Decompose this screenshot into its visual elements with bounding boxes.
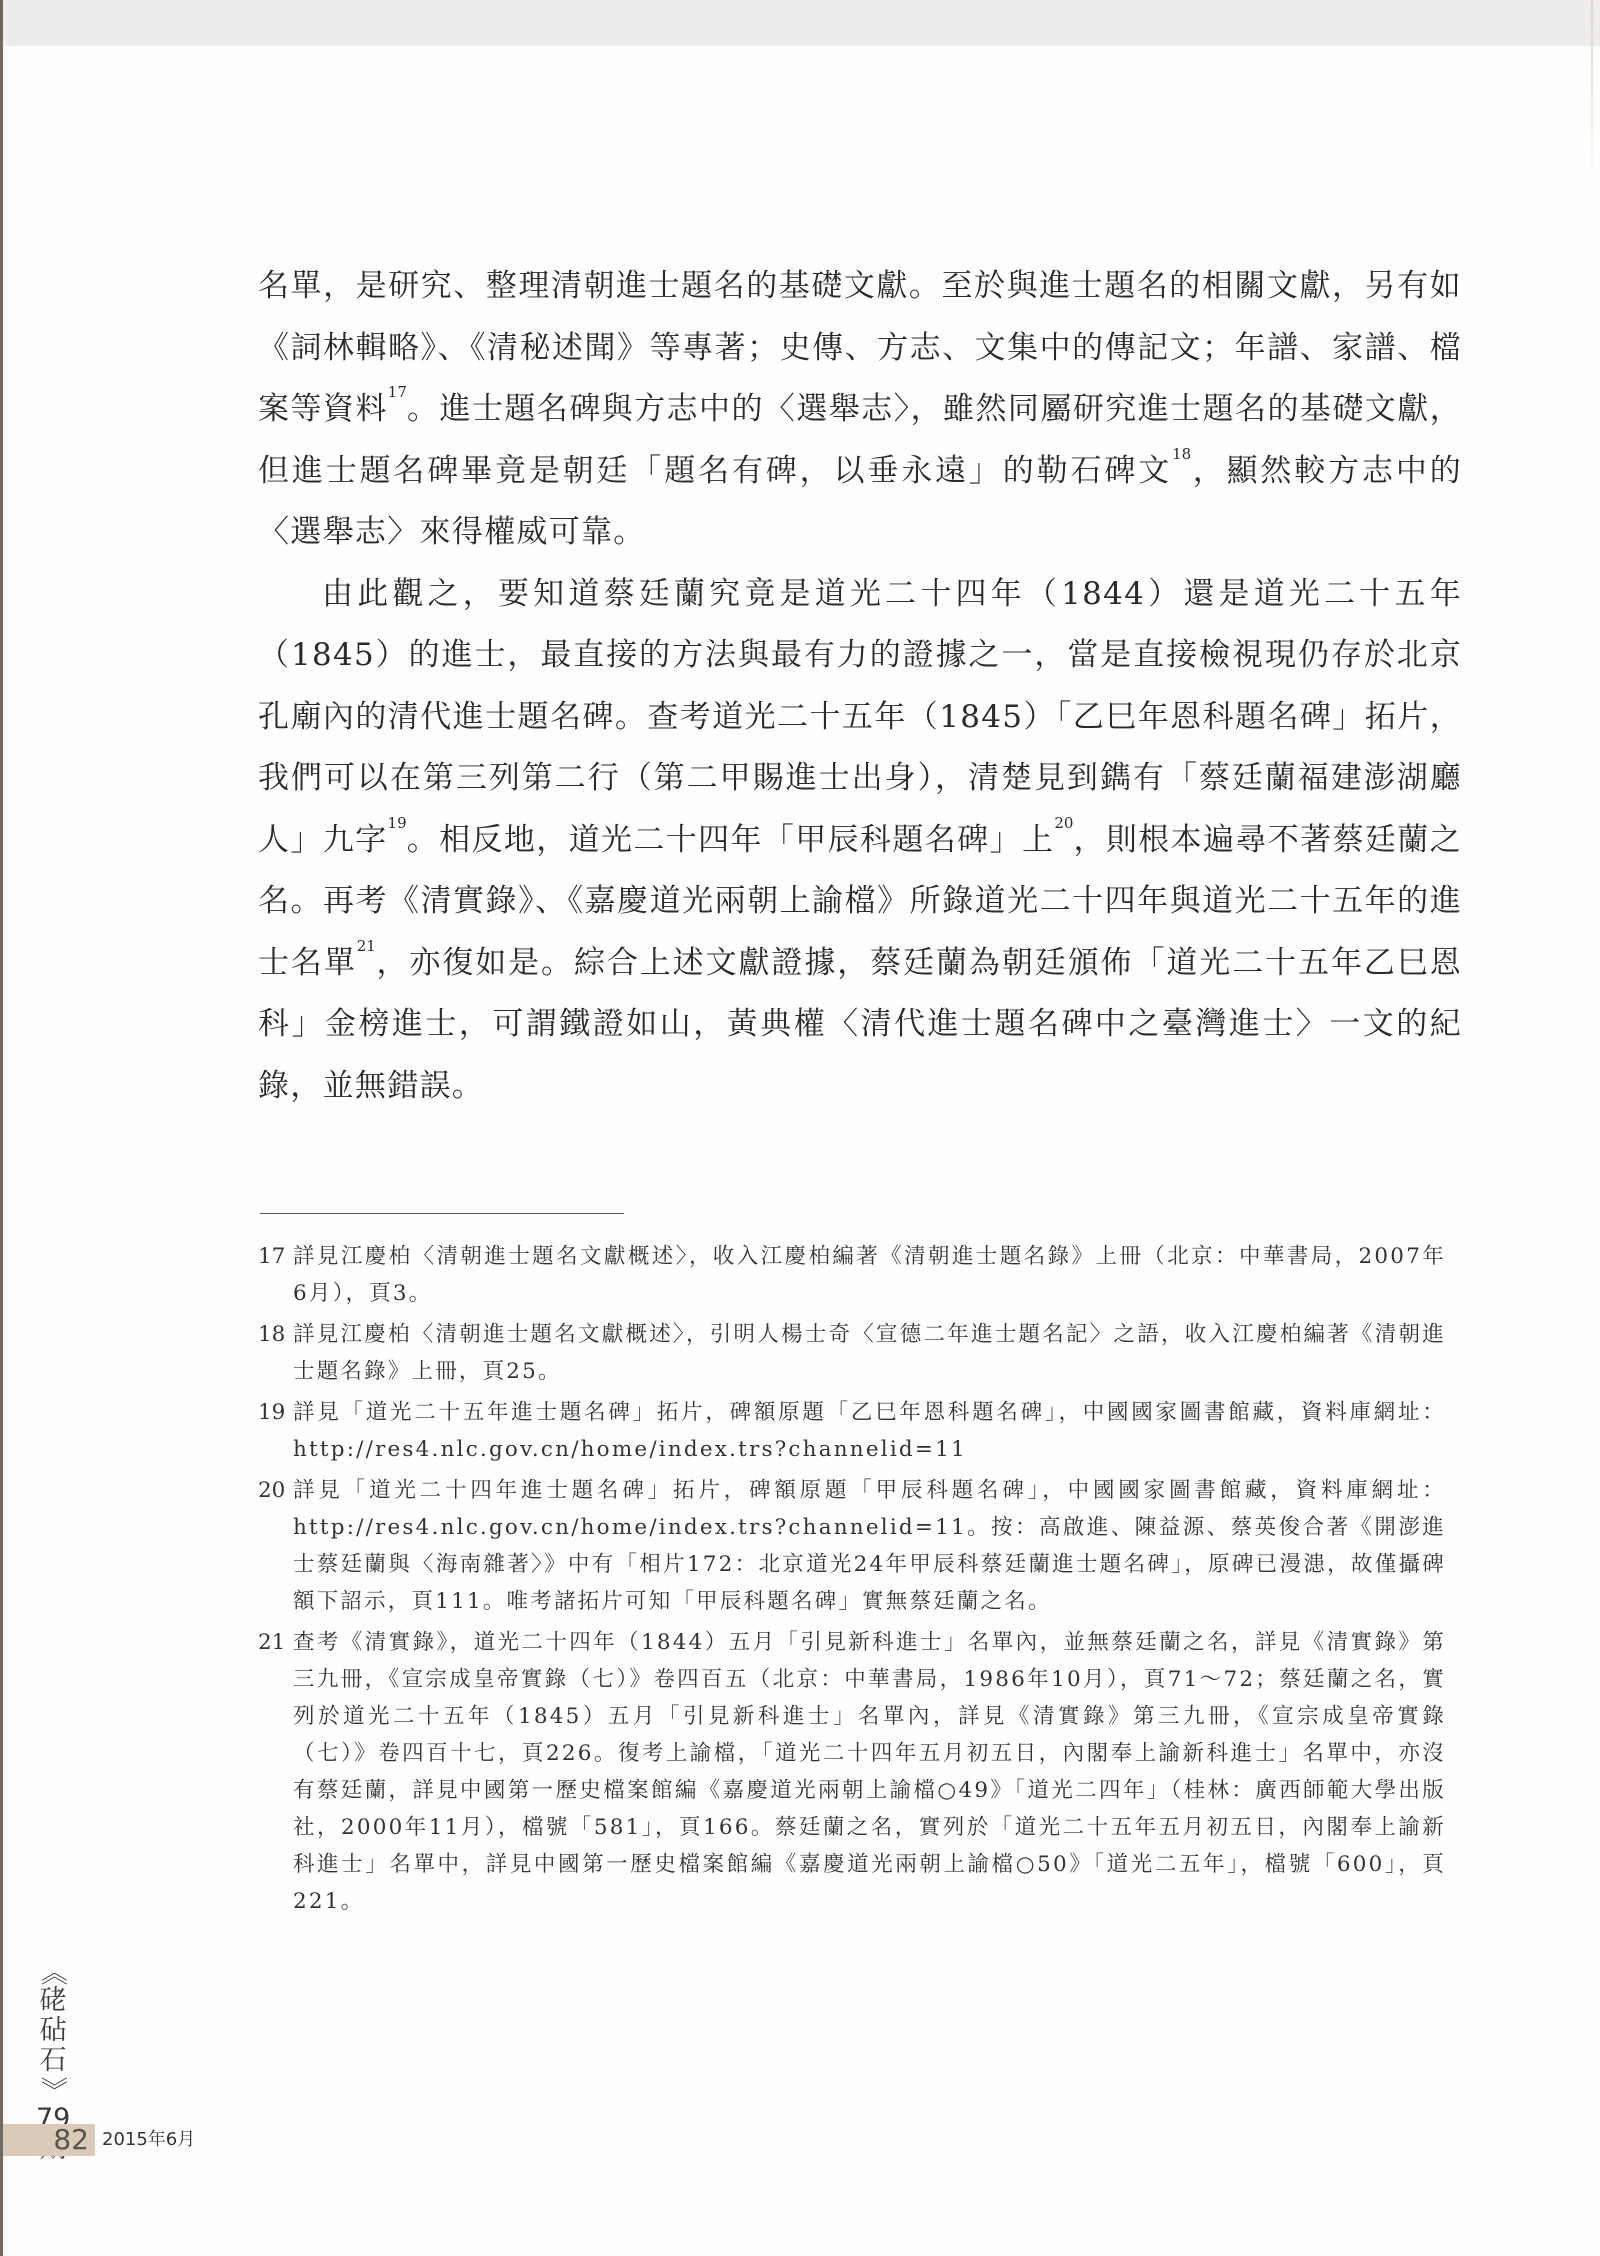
footnote-separator xyxy=(260,1213,624,1214)
footnote-number: 20 xyxy=(258,1472,293,1620)
footnote-text: 詳見江慶柏〈清朝進士題名文獻概述〉，收入江慶柏編著《清朝進士題名錄》上冊（北京：… xyxy=(293,1238,1446,1312)
text-run: ，亦復如是。綜合上述文獻證據，蔡廷蘭為朝廷頒佈「道光二十五年乙巳恩科」金榜進士，… xyxy=(258,945,1462,1104)
journal-char: 砧 xyxy=(36,2016,70,2046)
journal-char: 石 xyxy=(36,2046,70,2076)
footnote-ref-21[interactable]: 21 xyxy=(357,937,376,955)
article-body: 名單，是研究、整理清朝進士題名的基礎文獻。至於與進士題名的相關文獻，另有如《詞林… xyxy=(258,256,1462,1117)
footnote-number: 21 xyxy=(258,1624,293,1920)
page-left-edge xyxy=(0,0,3,2256)
paragraph-2: 由此觀之，要知道蔡廷蘭究竟是道光二十四年（1844）還是道光二十五年（1845）… xyxy=(258,564,1462,1118)
footnote-ref-20[interactable]: 20 xyxy=(1054,814,1073,832)
footnotes: 17 詳見江慶柏〈清朝進士題名文獻概述〉，收入江慶柏編著《清朝進士題名錄》上冊（… xyxy=(258,1238,1446,1924)
footnote-ref-18[interactable]: 18 xyxy=(1172,445,1191,463)
footnote-21: 21 查考《清實錄》，道光二十四年（1844）五月「引見新科進士」名單內，並無蔡… xyxy=(258,1624,1446,1920)
open-bracket: 《 xyxy=(39,1955,67,1989)
footnote-number: 18 xyxy=(258,1316,293,1390)
footnote-text: 詳見江慶柏〈清朝進士題名文獻概述〉，引明人楊士奇〈宣德二年進士題名記〉之語，收入… xyxy=(293,1316,1446,1390)
footnote-number: 17 xyxy=(258,1238,293,1312)
page-right-edge xyxy=(1591,0,1593,190)
text-run: 由此觀之，要知道蔡廷蘭究竟是道光二十四年（1844）還是道光二十五年（1845）… xyxy=(258,576,1462,858)
journal-char: 硓 xyxy=(36,1986,70,2016)
footnote-ref-17[interactable]: 17 xyxy=(388,383,407,401)
footnote-text: 查考《清實錄》，道光二十四年（1844）五月「引見新科進士」名單內，並無蔡廷蘭之… xyxy=(293,1624,1446,1920)
footnote-text: 詳見「道光二十四年進士題名碑」拓片，碑額原題「甲辰科題名碑」，中國國家圖書館藏，… xyxy=(293,1472,1446,1620)
footnote-ref-19[interactable]: 19 xyxy=(388,814,407,832)
footnote-17: 17 詳見江慶柏〈清朝進士題名文獻概述〉，收入江慶柏編著《清朝進士題名錄》上冊（… xyxy=(258,1238,1446,1312)
paragraph-1: 名單，是研究、整理清朝進士題名的基礎文獻。至於與進士題名的相關文獻，另有如《詞林… xyxy=(258,256,1462,564)
footnote-20: 20 詳見「道光二十四年進士題名碑」拓片，碑額原題「甲辰科題名碑」，中國國家圖書… xyxy=(258,1472,1446,1620)
text-run: 。相反地，道光二十四年「甲辰科題名碑」上 xyxy=(407,822,1055,858)
scan-top-band xyxy=(0,0,1600,46)
footnote-18: 18 詳見江慶柏〈清朝進士題名文獻概述〉，引明人楊士奇〈宣德二年進士題名記〉之語… xyxy=(258,1316,1446,1390)
footnote-19: 19 詳見「道光二十五年進士題名碑」拓片，碑額原題「乙巳年恩科題名碑」，中國國家… xyxy=(258,1394,1446,1468)
page-number: 82 xyxy=(3,2122,89,2158)
close-bracket: 》 xyxy=(39,2073,67,2107)
footnote-text: 詳見「道光二十五年進士題名碑」拓片，碑額原題「乙巳年恩科題名碑」，中國國家圖書館… xyxy=(293,1394,1446,1468)
issue-date: 2015年6月 xyxy=(102,2124,195,2156)
footnote-number: 19 xyxy=(258,1394,293,1468)
